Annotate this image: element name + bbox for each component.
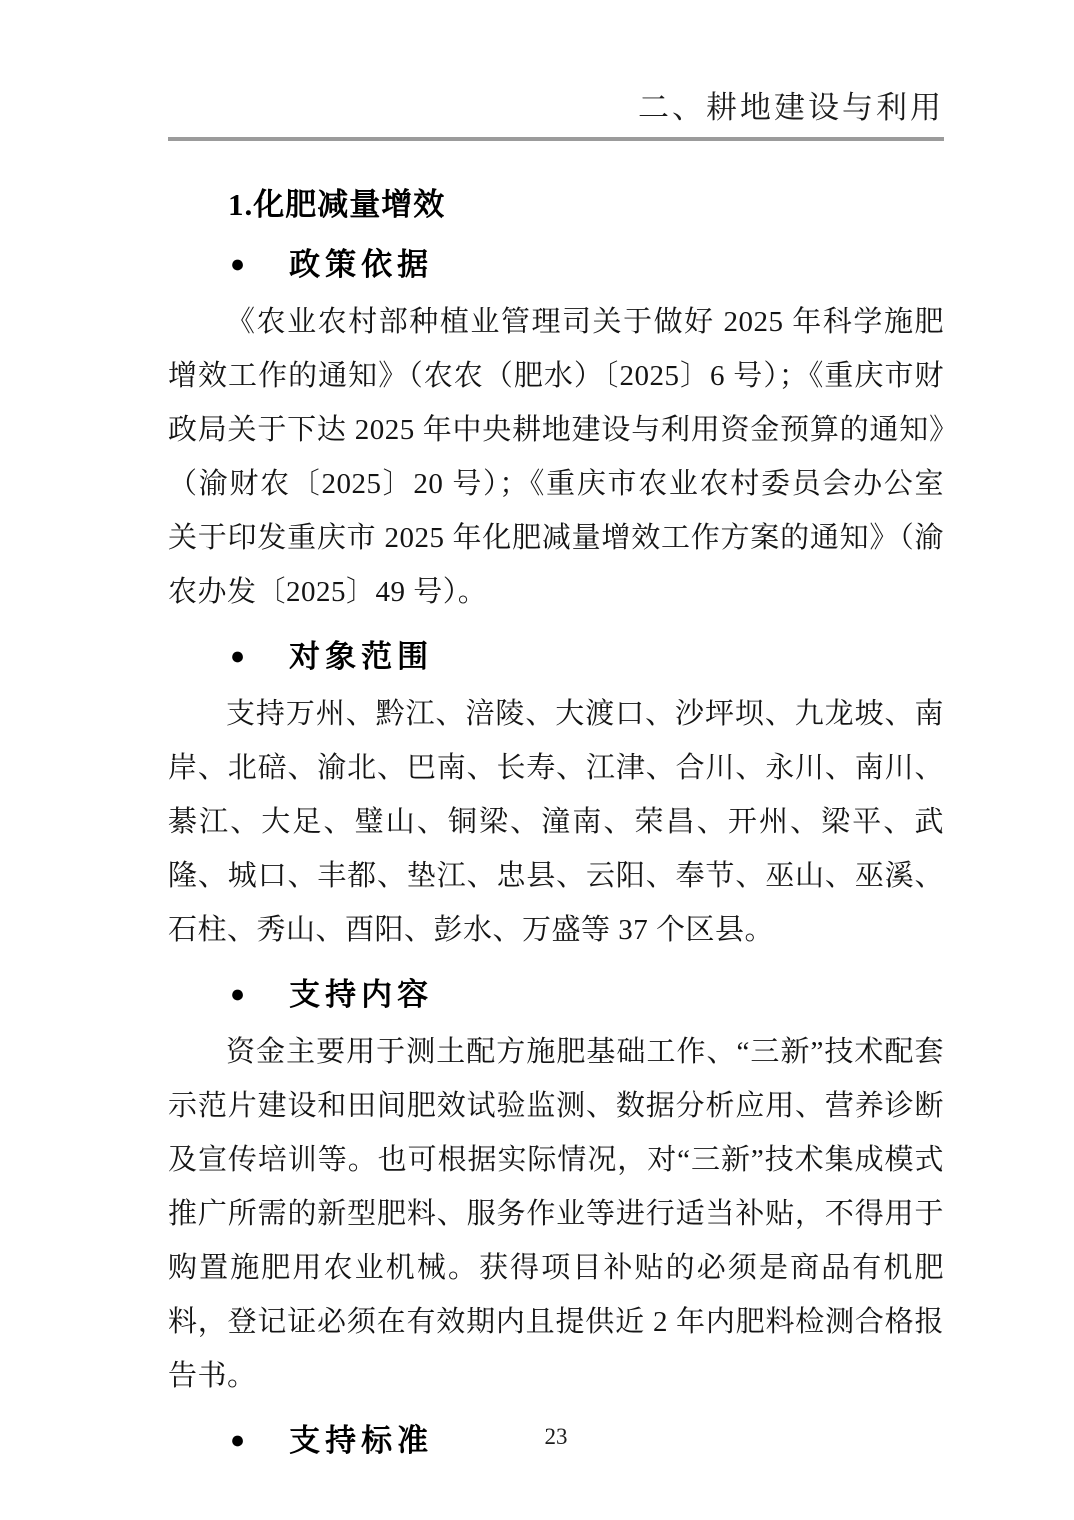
paragraph-support-content: 资金主要用于测土配方施肥基础工作、“三新”技术配套示范片建设和田间肥效试验监测、… (168, 1025, 944, 1403)
bullet-heading-support-content: ● 支持内容 (230, 973, 944, 1017)
bullet-heading-target-scope: ● 对象范围 (230, 635, 944, 679)
bullet-icon: ● (230, 973, 245, 1017)
bullet-heading-label: 支持内容 (289, 973, 433, 1017)
document-body: 1.化肥减量增效 ● 政策依据 《农业农村部种植业管理司关于做好 2025 年科… (168, 183, 944, 1463)
bullet-heading-label: 对象范围 (289, 635, 433, 679)
bullet-icon: ● (230, 635, 245, 679)
bullet-heading-policy-basis: ● 政策依据 (230, 243, 944, 287)
section-title: 1.化肥减量增效 (228, 183, 944, 227)
bullet-icon: ● (230, 243, 245, 287)
bullet-heading-label: 政策依据 (289, 243, 433, 287)
paragraph-target-scope: 支持万州、黔江、涪陵、大渡口、沙坪坝、九龙坡、南岸、北碚、渝北、巴南、长寿、江津… (168, 687, 944, 957)
chapter-header-title: 二、耕地建设与利用 (168, 90, 944, 126)
paragraph-policy-basis: 《农业农村部种植业管理司关于做好 2025 年科学施肥增效工作的通知》（农农（肥… (168, 295, 944, 619)
page-number: 23 (168, 1424, 944, 1450)
page-footer: 23 (168, 1424, 944, 1450)
document-page: 二、耕地建设与利用 1.化肥减量增效 ● 政策依据 《农业农村部种植业管理司关于… (0, 0, 1074, 1520)
header-rule (168, 137, 944, 141)
page-header: 二、耕地建设与利用 (168, 90, 944, 141)
